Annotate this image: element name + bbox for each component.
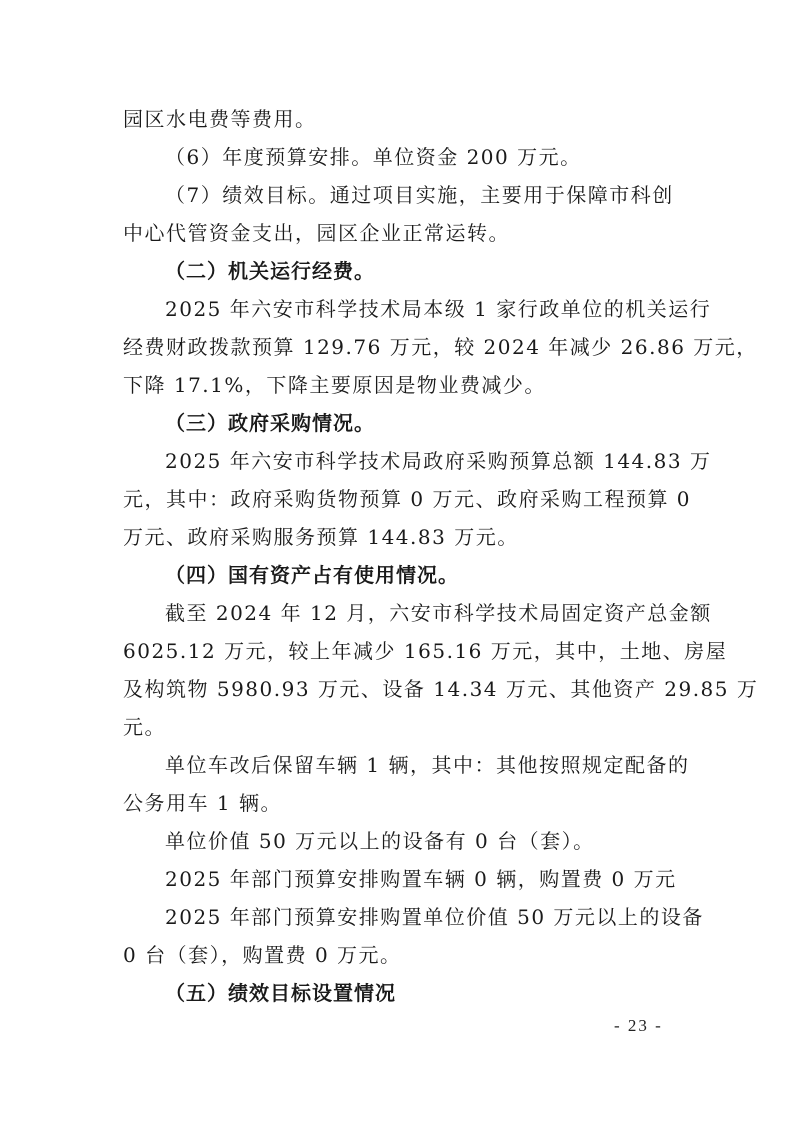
text-line: 6025.12 万元，较上年减少 165.16 万元，其中，土地、房屋: [123, 632, 675, 670]
text-line: 截至 2024 年 12 月，六安市科学技术局固定资产总金额: [123, 594, 675, 632]
text-line: 经费财政拨款预算 129.76 万元，较 2024 年减少 26.86 万元，: [123, 328, 675, 366]
text-line: 园区水电费等费用。: [123, 100, 675, 138]
text-line: 单位车改后保留车辆 1 辆，其中：其他按照规定配备的: [123, 746, 675, 784]
text-line: （7）绩效目标。通过项目实施，主要用于保障市科创: [123, 176, 675, 214]
section-heading-3: （三）政府采购情况。: [123, 404, 675, 442]
text-line: 0 台（套），购置费 0 万元。: [123, 936, 675, 974]
text-line: 2025 年部门预算安排购置车辆 0 辆，购置费 0 万元: [123, 860, 675, 898]
text-line: 单位价值 50 万元以上的设备有 0 台（套）。: [123, 822, 675, 860]
text-line: 2025 年六安市科学技术局政府采购预算总额 144.83 万: [123, 442, 675, 480]
page-number: - 23 -: [614, 1016, 663, 1036]
text-line: 及构筑物 5980.93 万元、设备 14.34 万元、其他资产 29.85 万: [123, 670, 675, 708]
text-line: 2025 年六安市科学技术局本级 1 家行政单位的机关运行: [123, 290, 675, 328]
text-line: 万元、政府采购服务预算 144.83 万元。: [123, 518, 675, 556]
section-heading-4: （四）国有资产占有使用情况。: [123, 556, 675, 594]
text-line: 元。: [123, 708, 675, 746]
text-line: 2025 年部门预算安排购置单位价值 50 万元以上的设备: [123, 898, 675, 936]
text-line: 下降 17.1%，下降主要原因是物业费减少。: [123, 366, 675, 404]
text-line: 元，其中：政府采购货物预算 0 万元、政府采购工程预算 0: [123, 480, 675, 518]
section-heading-2: （二）机关运行经费。: [123, 252, 675, 290]
text-line: 公务用车 1 辆。: [123, 784, 675, 822]
text-line: （6）年度预算安排。单位资金 200 万元。: [123, 138, 675, 176]
text-line: 中心代管资金支出，园区企业正常运转。: [123, 214, 675, 252]
document-page: 园区水电费等费用。 （6）年度预算安排。单位资金 200 万元。 （7）绩效目标…: [123, 100, 675, 1012]
section-heading-5: （五）绩效目标设置情况: [123, 974, 675, 1012]
